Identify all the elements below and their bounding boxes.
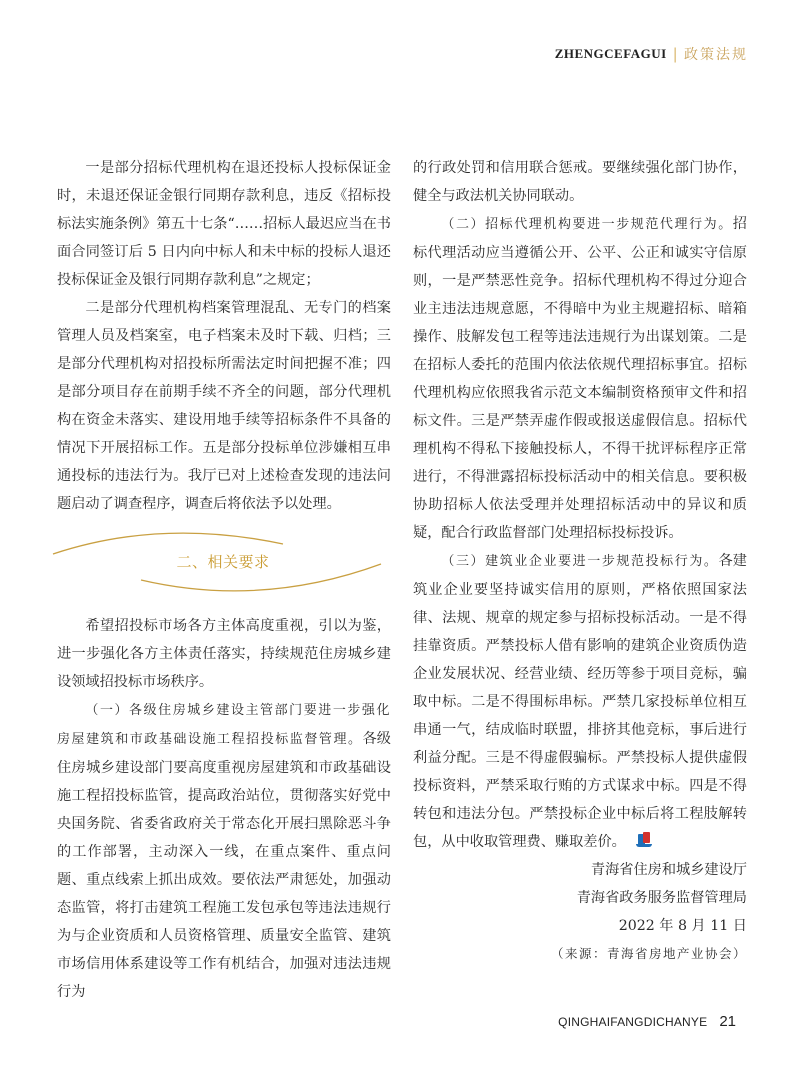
item-1-body: 各级住房城乡建设部门要高度重视房屋建筑和市政基础设施工程招投标监管，提高政治站位… [57, 731, 391, 1000]
left-column: 一是部分招标代理机构在退还投标人投标保证金时，未退还保证金银行同期存款利息，违反… [57, 154, 391, 1006]
signature-org-2: 青海省政务服务监督管理局 [413, 884, 747, 912]
running-header: ZHENGCEFAGUI | 政策法规 [555, 44, 748, 64]
item-3-body: 各建筑业企业要坚持诚实信用的原则，严格依照国家法律、法规、规章的规定参与招标投标… [413, 553, 747, 850]
signature-org-1: 青海省住房和城乡建设厅 [413, 856, 747, 884]
paragraph-continuation: 的行政处罚和信用联合惩戒。要继续强化部门协作，健全与政法机关协同联动。 [413, 154, 747, 210]
section-name-en: ZHENGCEFAGUI [555, 46, 667, 62]
magazine-logo-icon [636, 832, 652, 848]
item-1-heading: （一）各级住房城乡建设主管部门要进一步强化房屋建筑和市政基础设施工程招投标监督管… [57, 703, 391, 747]
paragraph-item-3: （三）建筑业企业要进一步规范投标行为。各建筑业企业要坚持诚实信用的原则，严格依照… [413, 547, 747, 856]
paragraph-issue-1: 一是部分招标代理机构在退还投标人投标保证金时，未退还保证金银行同期存款利息，违反… [57, 154, 391, 294]
page-number: 21 [719, 1013, 736, 1030]
paragraph-intro: 希望招投标市场各方主体高度重视，引以为鉴，进一步强化各方主体责任落实，持续规范住… [57, 612, 391, 696]
item-2-heading: （二）招标代理机构要进一步规范代理行为。 [441, 217, 732, 232]
paragraph-issues-2-5: 二是部分代理机构档案管理混乱、无专门的档案管理人员及档案室，电子档案未及时下载、… [57, 294, 391, 518]
section-name-cn: 政策法规 [684, 44, 748, 64]
paragraph-item-1: （一）各级住房城乡建设主管部门要进一步强化房屋建筑和市政基础设施工程招投标监督管… [57, 696, 391, 1006]
magazine-name-en: QINGHAIFANGDICHANYE [558, 1015, 707, 1029]
section-heading: 二、相关要求 [51, 524, 395, 602]
header-separator: | [673, 45, 678, 63]
right-column: 的行政处罚和信用联合惩戒。要继续强化部门协作，健全与政法机关协同联动。 （二）招… [413, 154, 747, 968]
signature-date: 2022 年 8 月 11 日 [413, 912, 747, 940]
source-note: （来源：青海省房地产业协会） [413, 940, 747, 968]
section-title: 二、相关要求 [51, 548, 395, 576]
paragraph-item-2: （二）招标代理机构要进一步规范代理行为。招标代理活动应当遵循公开、公平、公正和诚… [413, 210, 747, 547]
item-2-body: 招标代理活动应当遵循公开、公平、公正和诚实守信原则，一是严禁恶性竞争。招标代理机… [413, 216, 747, 541]
running-footer: QINGHAIFANGDICHANYE 21 [558, 1013, 736, 1030]
item-3-heading: （三）建筑业企业要进一步规范投标行为。 [441, 554, 718, 569]
